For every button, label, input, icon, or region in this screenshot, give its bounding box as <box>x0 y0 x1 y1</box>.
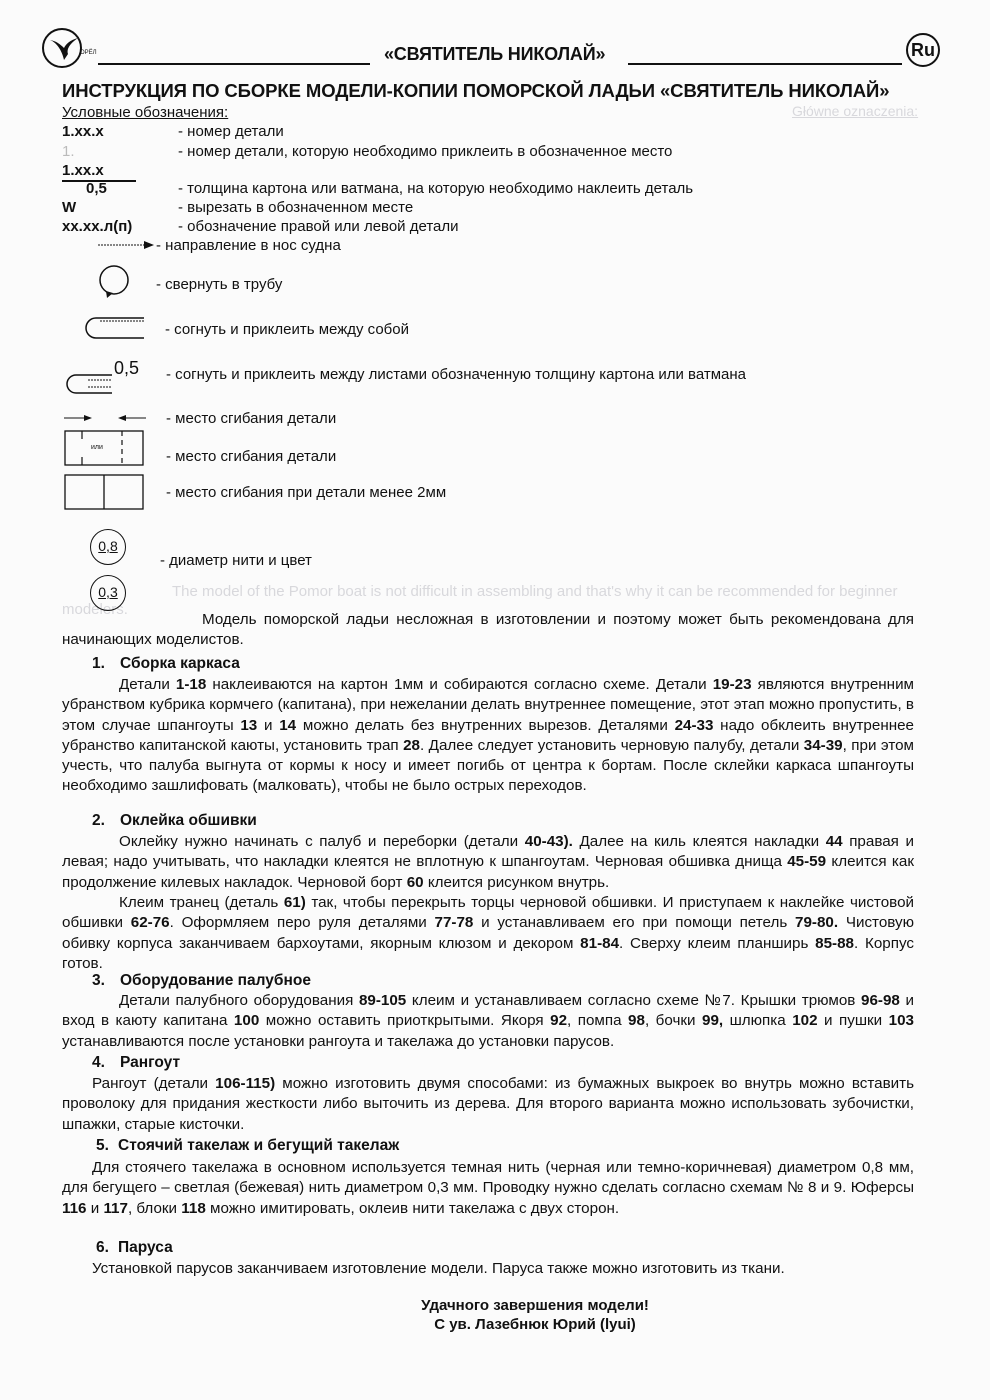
thread-diameter-08-icon: 0,8 <box>90 529 126 565</box>
section-1-title: Сборка каркаса <box>120 655 240 673</box>
part-reference: 34-39 <box>804 737 843 754</box>
closing-wish: Удачного завершения модели! <box>40 1296 990 1315</box>
part-reference: 89-105 <box>359 992 406 1009</box>
header-rule-left <box>98 63 370 65</box>
part-reference: 81-84 <box>580 935 619 952</box>
series-title: «СВЯТИТЕЛЬ НИКОЛАЙ» <box>384 44 605 65</box>
part-reference: 77-78 <box>435 914 474 931</box>
closing-signature: С ув. Лазебнюк Юрий (lyui) <box>40 1315 990 1334</box>
legend-symbol-glue-number: 1. <box>62 143 75 160</box>
section-4-number: 4. <box>92 1054 105 1072</box>
part-reference: 103 <box>889 1012 914 1029</box>
part-reference: 106-115) <box>215 1075 275 1092</box>
section-2-paragraph-1: Оклейку нужно начинать с палуб и перебор… <box>62 832 914 893</box>
fold-with-thickness-icon <box>64 372 114 396</box>
part-reference: 100 <box>234 1012 259 1029</box>
orel-logo-icon <box>42 28 82 68</box>
fold-place-arrows-icon <box>64 413 146 423</box>
part-reference: 85-88 <box>815 935 854 952</box>
intro-paragraph: Модель поморской ладьи несложная в изгот… <box>62 610 914 651</box>
part-reference: 40-43). <box>525 833 573 850</box>
part-reference: 61) <box>284 894 306 911</box>
part-reference: 92 <box>550 1012 567 1029</box>
legend-symbol-side: xx.xx.л(п) <box>62 218 132 235</box>
legend-symbol-part-number: 1.xx.x <box>62 123 104 140</box>
part-reference: 13 <box>240 717 257 734</box>
legend-desc: - номер детали, которую необходимо прикл… <box>178 143 672 160</box>
section-3-number: 3. <box>92 972 105 990</box>
legend-desc: - толщина картона или ватмана, на котору… <box>178 180 693 197</box>
part-reference: 19-23 <box>713 676 752 693</box>
legend-symbol-or-label: или <box>91 444 103 451</box>
section-6-paragraph: Установкой парусов заканчиваем изготовле… <box>62 1259 914 1279</box>
part-reference: 60 <box>407 874 424 891</box>
legend-desc: - направление в нос судна <box>156 237 341 254</box>
legend-desc: - согнуть и приклеить между листами обоз… <box>166 366 746 383</box>
section-1-number: 1. <box>92 655 105 673</box>
section-2-paragraph-2: Клеим транец (деталь 61) так, чтобы пере… <box>62 893 914 974</box>
part-reference: 118 <box>181 1200 206 1217</box>
legend-desc: - номер детали <box>178 123 284 140</box>
fold-and-glue-icon <box>82 315 146 341</box>
thread-diameter-03-icon: 0,3 <box>90 575 126 611</box>
fold-box-solid-icon <box>64 474 144 510</box>
section-4-paragraph: Рангоут (детали 106-115) можно изготовит… <box>62 1074 914 1135</box>
part-reference: 1-18 <box>176 676 206 693</box>
part-reference: 44 <box>826 833 843 850</box>
legend-desc: - вырезать в обозначенном месте <box>178 199 413 216</box>
legend-symbol-thickness-label: 0,5 <box>114 358 139 379</box>
part-reference: 102 <box>792 1012 817 1029</box>
part-reference: 117 <box>103 1200 128 1217</box>
section-5-paragraph: Для стоячего такелажа в основном использ… <box>62 1158 914 1219</box>
legend-desc: - свернуть в трубу <box>156 276 282 293</box>
bow-direction-arrow-icon <box>98 240 154 250</box>
section-5-number: 5. <box>96 1137 109 1155</box>
legend-desc: - диаметр нити и цвет <box>160 552 312 569</box>
fold-box-dashed-icon <box>64 430 144 466</box>
section-1-paragraph: Детали 1-18 наклеиваются на картон 1мм и… <box>62 675 914 797</box>
section-6-title: Паруса <box>118 1239 173 1257</box>
document-title: ИНСТРУКЦИЯ ПО СБОРКЕ МОДЕЛИ-КОПИИ ПОМОРС… <box>62 80 889 102</box>
section-2-title: Оклейка обшивки <box>120 812 257 830</box>
section-3-paragraph: Детали палубного оборудования 89-105 кле… <box>62 991 914 1052</box>
roll-into-tube-icon <box>96 262 132 302</box>
part-reference: 28 <box>403 737 420 754</box>
part-reference: 96-98 <box>861 992 900 1009</box>
legend-desc: - место сгибания детали <box>166 448 336 465</box>
legend-desc: - место сгибания при детали менее 2мм <box>166 484 446 501</box>
logo-text: ОРЁЛ <box>80 50 97 56</box>
bleed-through-polish-heading: Główne oznaczenia: <box>792 103 918 119</box>
part-reference: 99, <box>702 1012 723 1029</box>
header-rule-right <box>628 63 902 65</box>
part-reference: 79-80. <box>795 914 838 931</box>
part-reference: 98 <box>628 1012 645 1029</box>
legend-heading: Условные обозначения: <box>62 104 228 121</box>
closing-block: Удачного завершения модели! С ув. Лазебн… <box>0 1296 990 1334</box>
section-6-number: 6. <box>96 1239 109 1257</box>
language-badge: Ru <box>906 33 940 67</box>
legend-desc: - обозначение правой или левой детали <box>178 218 459 235</box>
section-4-title: Рангоут <box>120 1054 180 1072</box>
legend-symbol-thickness-number: 1.xx.x <box>62 162 104 179</box>
part-reference: 14 <box>279 717 296 734</box>
section-2-number: 2. <box>92 812 105 830</box>
part-reference: 62-76 <box>131 914 170 931</box>
legend-symbol-thickness-value: 0,5 <box>86 180 107 197</box>
legend-desc: - согнуть и приклеить между собой <box>165 321 409 338</box>
part-reference: 116 <box>62 1200 87 1217</box>
section-5-title: Стоячий такелаж и бегущий такелаж <box>118 1137 399 1155</box>
part-reference: 24-33 <box>675 717 714 734</box>
section-3-title: Оборудование палубное <box>120 972 311 990</box>
part-reference: 45-59 <box>787 853 826 870</box>
legend-symbol-cut: W <box>62 199 76 216</box>
legend-desc: - место сгибания детали <box>166 410 336 427</box>
